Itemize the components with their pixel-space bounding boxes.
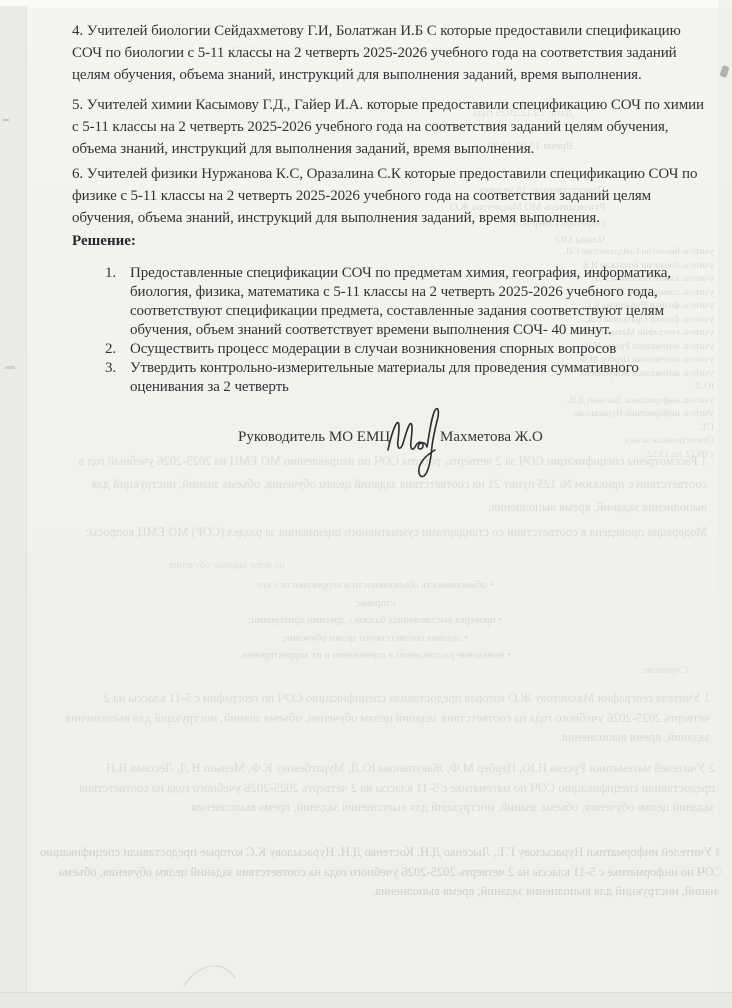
decision-item-text: Осуществить процесс модерации в случаи в… bbox=[130, 341, 616, 357]
scan-edge-left bbox=[0, 6, 27, 1008]
handwritten-signature bbox=[384, 402, 446, 489]
signature-name: Махметова Ж.О bbox=[440, 429, 543, 446]
paragraph-6-physics: 6. Учителей физики Нуржанова К.С, Оразал… bbox=[72, 163, 708, 229]
decision-list: 1. Предоставленные спецификации СОЧ по п… bbox=[105, 264, 705, 397]
scan-speck bbox=[5, 366, 15, 369]
decision-item-text: Утвердить контрольно-измерительные матер… bbox=[130, 360, 639, 395]
decision-item-text: Предоставленные спецификации СОЧ по пред… bbox=[130, 265, 671, 338]
signature-row: Руководитель МО ЕМЦ Махметова Ж.О bbox=[238, 420, 658, 460]
paragraph-5-chemistry: 5. Учителей химии Касымову Г.Д., Гайер И… bbox=[72, 94, 708, 160]
scan-edge-top bbox=[0, 0, 732, 8]
scan-edge-bottom bbox=[0, 992, 732, 1008]
pencil-mark bbox=[180, 958, 240, 992]
decision-item-3: 3. Утвердить контрольно-измерительные ма… bbox=[105, 359, 705, 397]
document-body: 4. Учителей биологии Сейдахметову Г.И, Б… bbox=[0, 0, 732, 1008]
decision-item-1: 1. Предоставленные спецификации СОЧ по п… bbox=[105, 264, 705, 340]
decision-item-number: 3. bbox=[105, 359, 116, 378]
scan-edge-right bbox=[718, 0, 732, 1008]
paragraph-4-biology: 4. Учителей биологии Сейдахметову Г.И, Б… bbox=[72, 20, 708, 86]
scanned-page: заседания методического объединения учит… bbox=[0, 0, 732, 1008]
decision-item-2: 2. Осуществить процесс модерации в случа… bbox=[105, 340, 705, 359]
signature-role-label: Руководитель МО ЕМЦ bbox=[238, 429, 390, 446]
decision-item-number: 2. bbox=[105, 340, 116, 359]
decision-item-number: 1. bbox=[105, 264, 116, 283]
decision-heading: Решение: bbox=[72, 233, 136, 250]
scan-speck bbox=[3, 119, 9, 121]
